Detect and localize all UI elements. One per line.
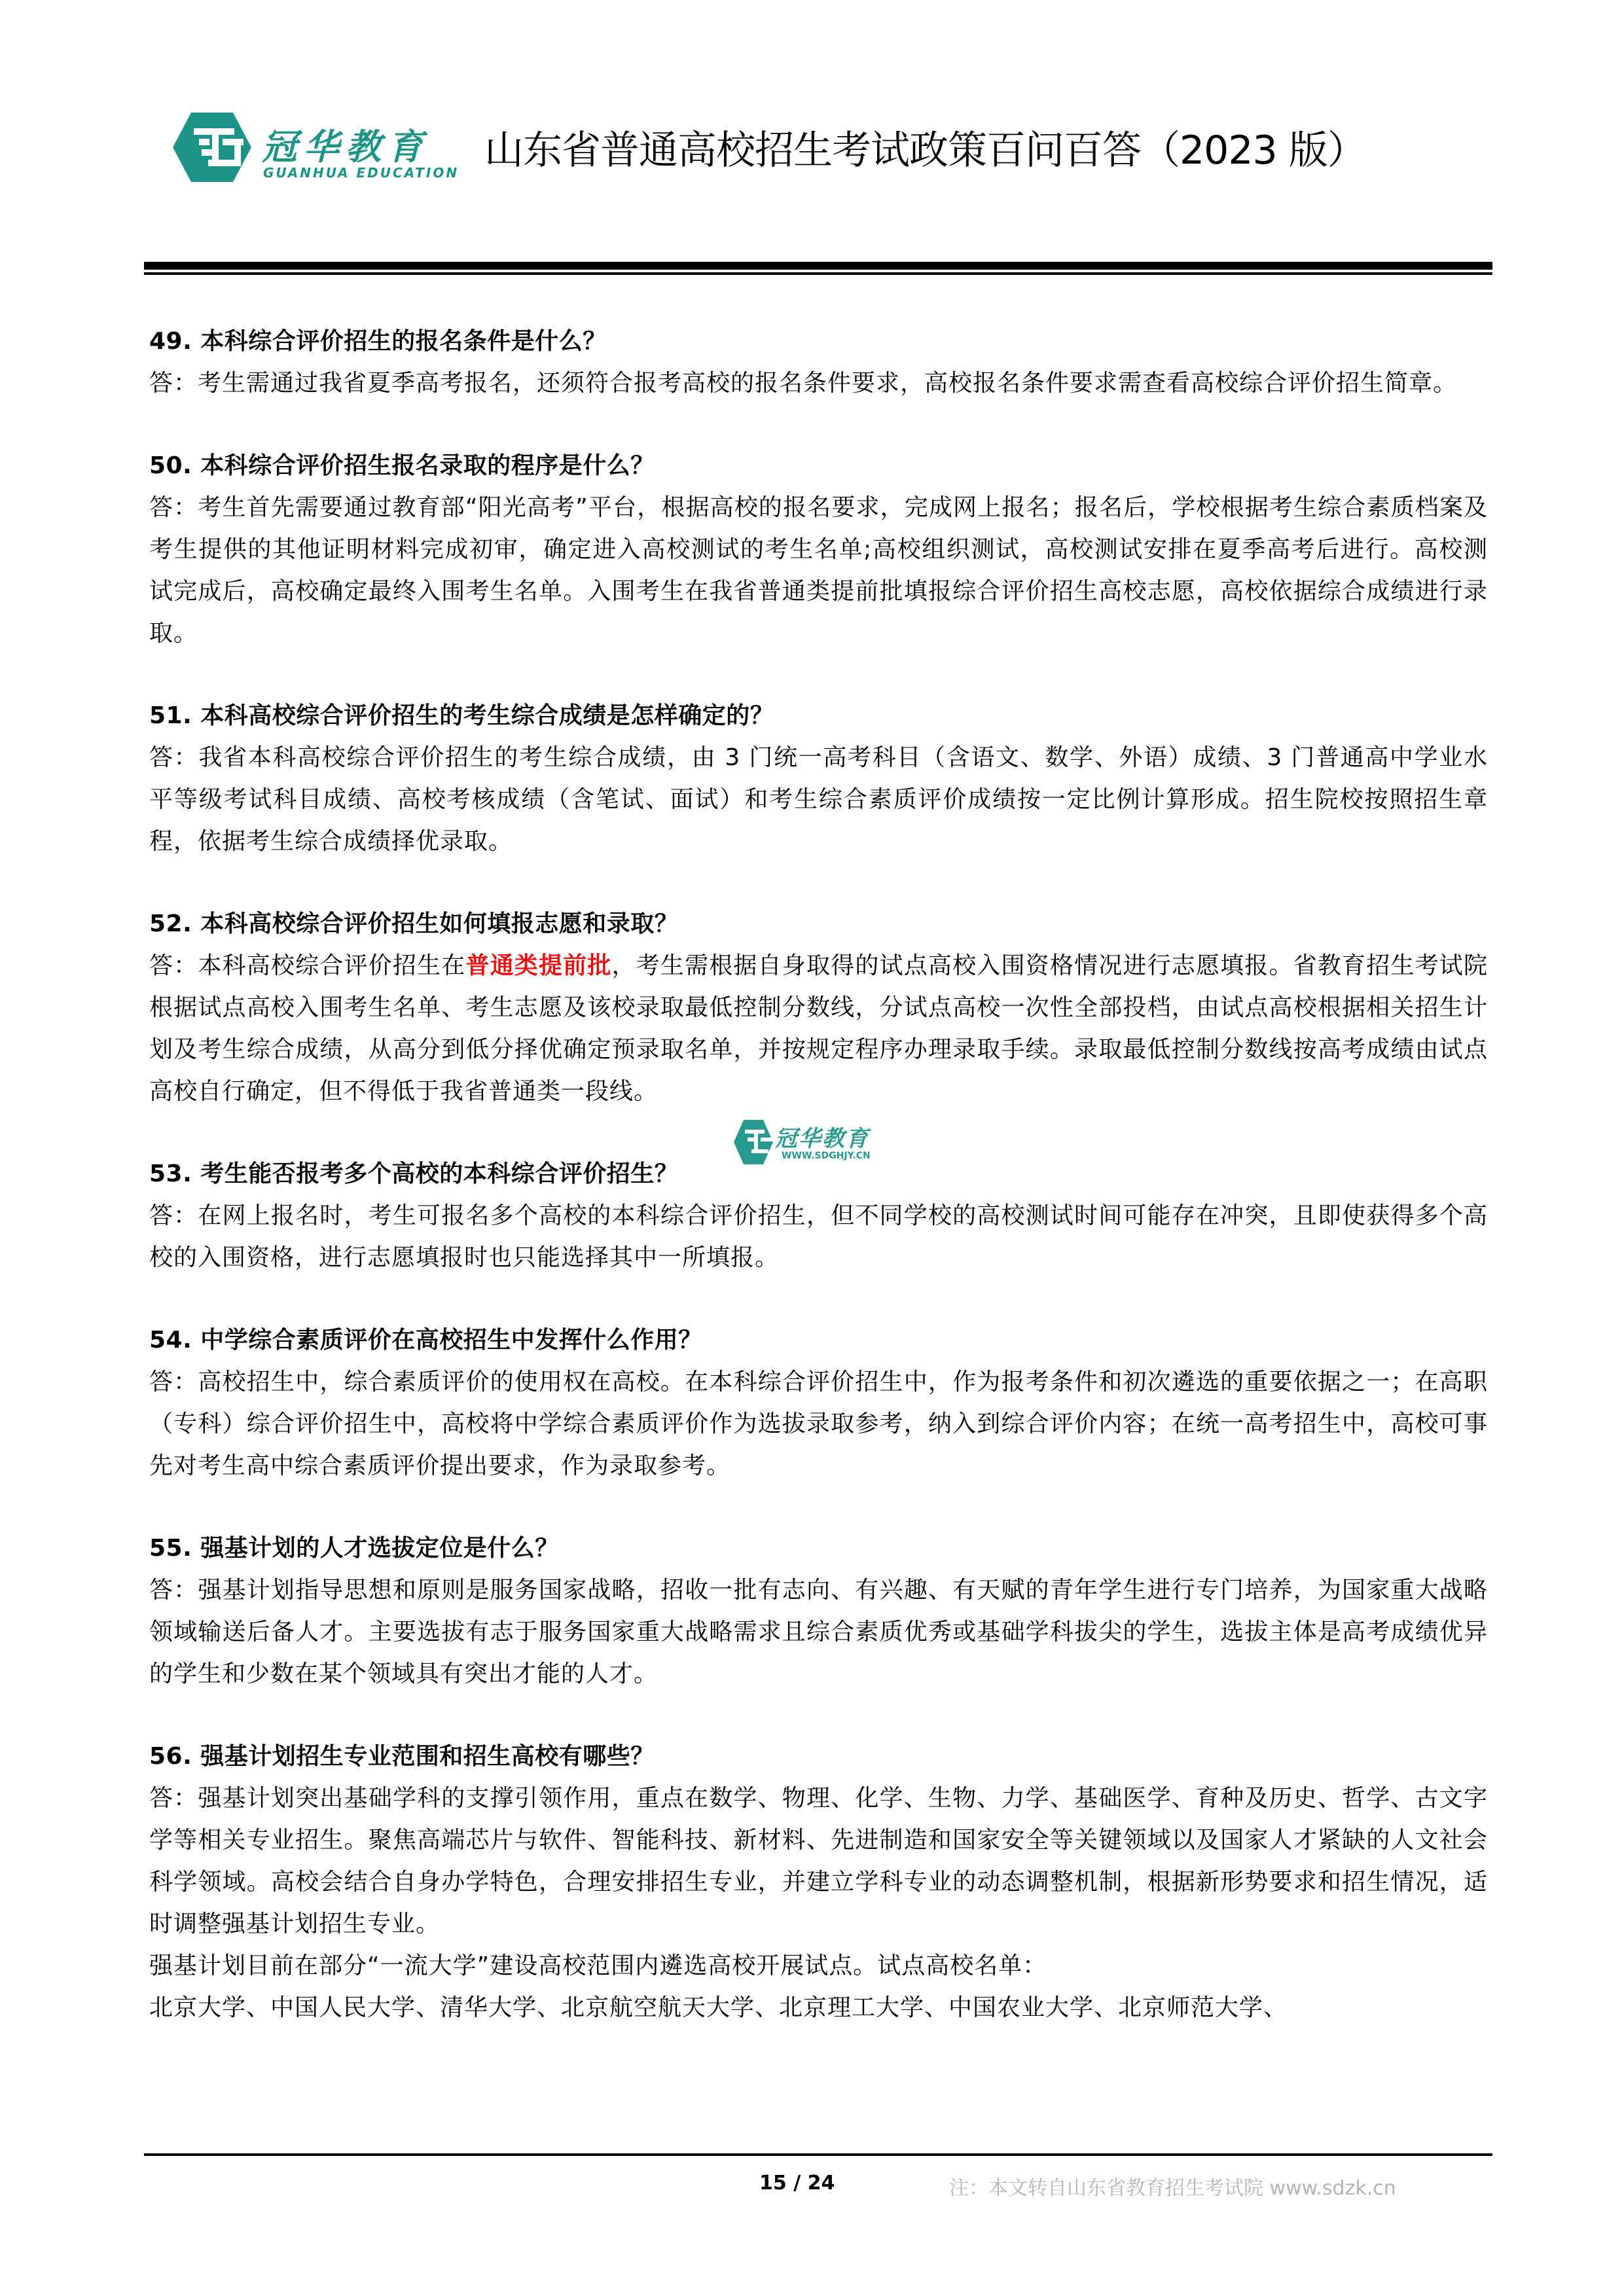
document-title: 山东省普通高校招生考试政策百问百答（2023 版） bbox=[484, 119, 1366, 175]
answer-56-pilot-intro: 强基计划目前在部分“一流大学”建设高校范围内遴选高校开展试点。试点高校名单： bbox=[149, 1945, 1488, 1987]
answer-50: 答：考生首先需要通过教育部“阳光高考”平台，根据高校的报名要求，完成网上报名；报… bbox=[149, 487, 1488, 655]
header-divider-thin bbox=[144, 272, 1492, 275]
qa-item-56: 56. 强基计划招生专业范围和招生高校有哪些？ 答：强基计划突出基础学科的支撑引… bbox=[149, 1736, 1488, 2029]
answer-49: 答：考生需通过我省夏季高考报名，还须符合报考高校的报名条件要求，高校报名条件要求… bbox=[149, 363, 1488, 404]
logo-english-name: GUANHUA EDUCATION bbox=[263, 165, 459, 181]
highlighted-term: 普通类提前批 bbox=[465, 952, 611, 979]
watermark: 冠华教育 WWW.SDGHJY.CN bbox=[733, 1119, 890, 1172]
question-50: 50. 本科综合评价招生报名录取的程序是什么？ bbox=[149, 445, 1488, 487]
answer-53: 答：在网上报名时，考生可报名多个高校的本科综合评价招生，但不同学校的高校测试时间… bbox=[149, 1195, 1488, 1279]
question-49: 49. 本科综合评价招生的报名条件是什么？ bbox=[149, 321, 1488, 363]
question-54: 54. 中学综合素质评价在高校招生中发挥什么作用？ bbox=[149, 1319, 1488, 1361]
guanhua-hex-logo-icon bbox=[171, 111, 253, 183]
qa-item-50: 50. 本科综合评价招生报名录取的程序是什么？ 答：考生首先需要通过教育部“阳光… bbox=[149, 445, 1488, 655]
question-56: 56. 强基计划招生专业范围和招生高校有哪些？ bbox=[149, 1736, 1488, 1778]
qa-item-49: 49. 本科综合评价招生的报名条件是什么？ 答：考生需通过我省夏季高考报名，还须… bbox=[149, 321, 1488, 404]
qa-item-52: 52. 本科高校综合评价招生如何填报志愿和录取？ 答：本科高校综合评价招生在普通… bbox=[149, 903, 1488, 1113]
watermark-url: WWW.SDGHJY.CN bbox=[782, 1151, 871, 1161]
qa-item-51: 51. 本科高校综合评价招生的考生综合成绩是怎样确定的？ 答：我省本科高校综合评… bbox=[149, 695, 1488, 863]
footer-divider bbox=[144, 2153, 1492, 2156]
qa-content: 49. 本科综合评价招生的报名条件是什么？ 答：考生需通过我省夏季高考报名，还须… bbox=[149, 321, 1488, 2070]
question-52: 52. 本科高校综合评价招生如何填报志愿和录取？ bbox=[149, 903, 1488, 945]
logo-chinese-name: 冠华教育 bbox=[262, 119, 429, 170]
answer-56: 答：强基计划突出基础学科的支撑引领作用，重点在数学、物理、化学、生物、力学、基础… bbox=[149, 1778, 1488, 1945]
answer-56-university-list: 北京大学、中国人民大学、清华大学、北京航空航天大学、北京理工大学、中国农业大学、… bbox=[149, 1987, 1488, 2029]
answer-52-prefix: 答：本科高校综合评价招生在 bbox=[149, 952, 465, 979]
answer-52: 答：本科高校综合评价招生在普通类提前批，考生需根据自身取得的试点高校入围资格情况… bbox=[149, 945, 1488, 1113]
watermark-chinese-name: 冠华教育 bbox=[775, 1121, 869, 1153]
watermark-logo-icon bbox=[733, 1119, 774, 1165]
answer-54: 答：高校招生中，综合素质评价的使用权在高校。在本科综合评价招生中，作为报考条件和… bbox=[149, 1361, 1488, 1487]
header-divider-thick bbox=[144, 262, 1492, 270]
page-header: 冠华教育 GUANHUA EDUCATION 山东省普通高校招生考试政策百问百答… bbox=[144, 105, 1492, 203]
guanhua-logo: 冠华教育 GUANHUA EDUCATION bbox=[157, 105, 471, 190]
answer-51: 答：我省本科高校综合评价招生的考生综合成绩，由 3 门统一高考科目（含语文、数学… bbox=[149, 737, 1488, 863]
qa-item-53: 53. 考生能否报考多个高校的本科综合评价招生？ 答：在网上报名时，考生可报名多… bbox=[149, 1153, 1488, 1279]
source-note: 注：本文转自山东省教育招生考试院 www.sdzk.cn bbox=[949, 2172, 1396, 2200]
answer-55: 答：强基计划指导思想和原则是服务国家战略，招收一批有志向、有兴趣、有天赋的青年学… bbox=[149, 1570, 1488, 1695]
page-number: 15 / 24 bbox=[759, 2172, 835, 2195]
question-51: 51. 本科高校综合评价招生的考生综合成绩是怎样确定的？ bbox=[149, 695, 1488, 737]
qa-item-54: 54. 中学综合素质评价在高校招生中发挥什么作用？ 答：高校招生中，综合素质评价… bbox=[149, 1319, 1488, 1487]
question-55: 55. 强基计划的人才选拔定位是什么？ bbox=[149, 1528, 1488, 1570]
qa-item-55: 55. 强基计划的人才选拔定位是什么？ 答：强基计划指导思想和原则是服务国家战略… bbox=[149, 1528, 1488, 1695]
